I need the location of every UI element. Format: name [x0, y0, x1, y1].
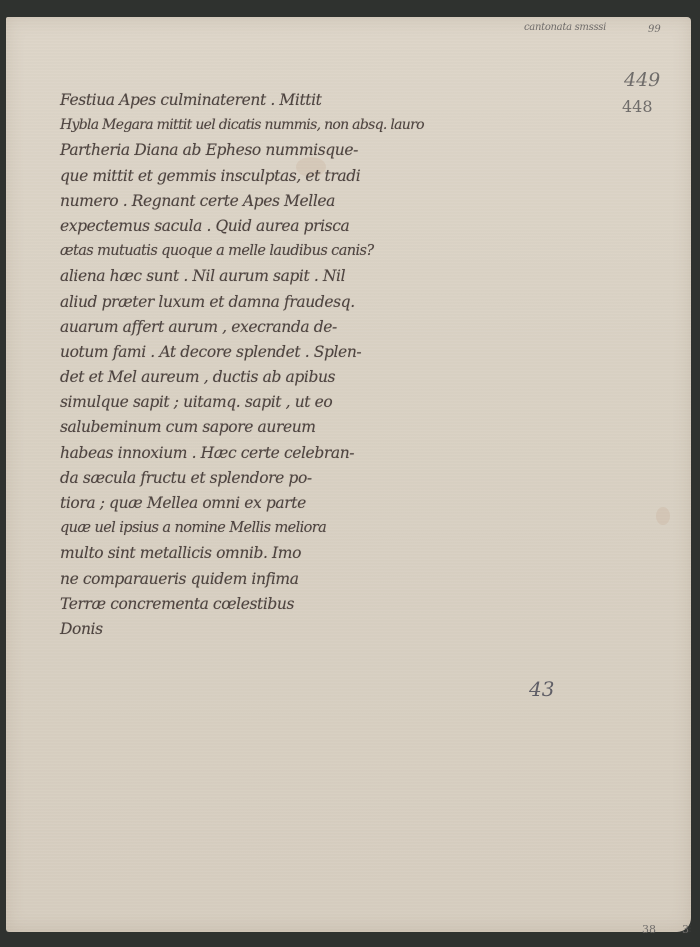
text-line: tiora ; quæ Mellea omni ex parte: [60, 491, 480, 516]
text-line: aliena hæc sunt . Nil aurum sapit . Nil: [60, 264, 480, 289]
text-line: auarum affert aurum , execranda de-: [60, 315, 480, 340]
text-line: expectemus sacula . Quid aurea prisca: [60, 214, 480, 239]
paper-stain: [656, 507, 670, 525]
text-line: Festiua Apes culminaterent . Mittit: [60, 88, 480, 113]
top-number: 99: [648, 24, 661, 35]
top-pencil-note: cantonata smsssi: [524, 22, 606, 33]
text-line: numero . Regnant certe Apes Mellea: [60, 189, 480, 214]
bottom-number: 38: [642, 923, 656, 936]
text-line: habeas innoxium . Hæc certe celebran-: [60, 441, 480, 466]
text-line: quæ uel ipsius a nomine Mellis meliora: [60, 516, 480, 541]
text-line: da sæcula fructu et splendore po-: [60, 466, 480, 491]
text-line: multo sint metallicis omnib. Imo: [60, 541, 480, 566]
text-line: Terræ concrementa cœlestibus: [60, 592, 480, 617]
text-line: salubeminum cum sapore aureum: [60, 415, 480, 440]
text-line: Donis: [60, 617, 480, 642]
folio-number-alt: 448: [622, 97, 653, 116]
bottom-corner-number: 3: [682, 923, 689, 936]
margin-number: 43: [529, 677, 554, 701]
text-line: Partheria Diana ab Epheso nummisque-: [60, 138, 480, 163]
text-line: simulque sapit ; uitamq. sapit , ut eo: [60, 390, 480, 415]
text-line: uotum fami . At decore splendet . Splen-: [60, 340, 480, 365]
text-line: ne comparaueris quidem infima: [60, 567, 480, 592]
manuscript-text: Festiua Apes culminaterent . Mittit Hybl…: [60, 88, 480, 642]
text-line: det et Mel aureum , ductis ab apibus: [60, 365, 480, 390]
folio-number: 449: [624, 69, 660, 91]
text-line: Hybla Megara mittit uel dicatis nummis, …: [60, 113, 480, 138]
text-line: que mittit et gemmis insculptas, et trad…: [60, 164, 480, 189]
text-line: aliud præter luxum et damna fraudesq.: [60, 290, 480, 315]
text-line: ætas mutuatis quoque a melle laudibus ca…: [60, 239, 480, 264]
